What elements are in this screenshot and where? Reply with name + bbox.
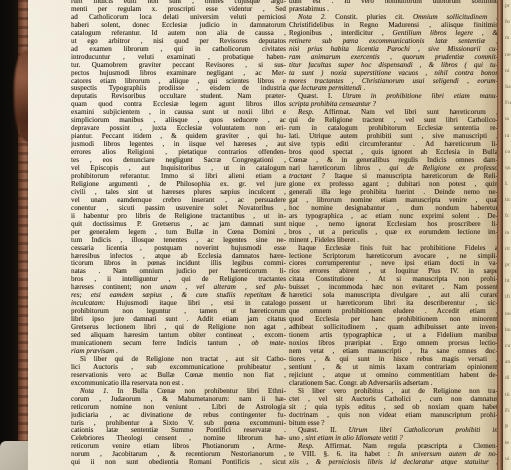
italic-text-segment: res; etsi eamdem sæpius , & cum studiis … — [71, 292, 286, 299]
text-segment: In Bulla Cœnæ non prohibentur libri Ethn… — [108, 388, 286, 395]
text-line: possent ut hæreticorum libri ita describ… — [289, 300, 498, 308]
text-segment: quit doctissimus P. Gretserus , ac jam d… — [71, 221, 286, 228]
text-segment: jusmodi libros legentes , in iisque vel … — [71, 141, 286, 148]
text-line: titur facultas super hoc dispensandi , &… — [289, 62, 498, 70]
text-segment: sit ; quia typis editus , sed ob noxiam … — [289, 404, 498, 411]
text-segment: ctet , vel sit Auctoris Catholici , cum … — [289, 396, 498, 403]
text-line: doctrinam , quis non videat etiam manusc… — [289, 412, 498, 420]
edge-text-fragment: an — [503, 358, 511, 374]
text-segment: natas . Nam omnium judicio per hæreticor… — [71, 268, 286, 275]
text-line: Celebriores Theologi censent , nomine li… — [71, 435, 286, 443]
text-line: cationis latæ sententiæ Summo Pontifici … — [71, 427, 286, 435]
text-segment: haberi solent, donec Ecclesiæ judicio in… — [71, 22, 286, 29]
text-line: præstabimus . — [289, 6, 498, 14]
text-segment: catores etiam librorum , aliique , qui s… — [71, 78, 286, 85]
edge-text-fragment: no — [503, 310, 511, 326]
text-line: Regionibus , interdicitur , Gentilium li… — [289, 30, 498, 38]
text-line: que lecturam permittendi . — [289, 85, 498, 93]
text-line: bros quod spectat , quis ignoret ab Eccl… — [289, 149, 498, 157]
text-line: sentiunt , & ut nimis laxam contrariam o… — [289, 364, 498, 372]
italic-text-segment: Utrum in prohibitione libri etiam manu- — [342, 93, 498, 100]
text-line: civili , tales sint ut hæreses plures sæ… — [71, 189, 286, 197]
adjacent-page-sliver: prfumræniSaFutaracoquI.ticfcinritprlitif… — [503, 0, 511, 470]
text-segment: Quæst. II. — [298, 427, 349, 434]
text-line: sive typis editi circumferantur . Ad hær… — [289, 141, 498, 149]
text-segment: generali illa lege prohibita fuerint . D… — [289, 189, 498, 196]
text-line: lectione Scriptorum hæreticorum avocare … — [289, 253, 498, 261]
text-segment: ad examen librorum , qui in catholicorum… — [71, 46, 286, 53]
text-segment: qui ii non sunt obedientia Romani Pontif… — [71, 459, 286, 466]
text-line: cessaria licentia , postquam noverint hu… — [71, 245, 286, 253]
edge-text-fragment: co — [503, 148, 511, 164]
text-line: excommunicatio illa reservata non est . — [71, 380, 286, 388]
italic-text-segment: xiis , & perniciosis libris id declaratu… — [289, 459, 498, 466]
italic-text-segment: Resp. — [298, 109, 314, 116]
text-segment: pectos hujusmodi libros examinare neglig… — [71, 70, 286, 77]
text-line: inculcatam: Hujusmodi itaque libri , ets… — [71, 300, 286, 308]
text-segment: bros , ii intelliguntur , qui de Religio… — [71, 276, 286, 283]
text-segment: vel Episcopis , aut Inquisitoribus , ut … — [71, 165, 286, 172]
text-line: citata Constitutione . At si manuscripta… — [289, 276, 498, 284]
edge-text-fragment: ra — [503, 132, 511, 148]
edge-text-fragment: ui — [503, 455, 511, 470]
text-line: sit ; quia typis editus , sed ob noxiam … — [289, 404, 498, 412]
text-line: natas . Nam omnium judicio per hæreticor… — [71, 268, 286, 276]
text-segment: depravare possint , juxta Ecclesiæ volun… — [71, 125, 286, 132]
text-segment: possent ut hæreticorum libri ita describ… — [289, 300, 498, 307]
text-line: uno , sint etiam in alio Idiomate vetiti… — [289, 435, 498, 443]
text-line: scripta prohibita censeantur ? — [289, 101, 498, 109]
text-line: rum in catalogum prohibitorum Ecclesiæ s… — [289, 125, 498, 133]
italic-text-segment: titur facultas super hoc dispensandi , &… — [289, 62, 498, 69]
edge-text-fragment: Fu — [503, 99, 511, 115]
edge-text-fragment: pr — [503, 261, 511, 277]
text-line: bitum esse ? — [289, 420, 498, 428]
text-segment: præstabimus . — [289, 6, 329, 13]
text-segment: ii habentur pro libris de Religione trac… — [71, 213, 286, 220]
text-segment: nem vetat , etiam manuscripti , Ita sane… — [289, 348, 498, 355]
text-line: haberi solent, donec Ecclesiæ judicio in… — [71, 22, 286, 30]
text-line: menti per regulam x. proscripti esse vid… — [71, 6, 286, 14]
text-segment: rejiciunt , atque ut omnino commentitiam… — [289, 372, 498, 379]
text-line: Si liber qui de Religione non tractat , … — [71, 356, 286, 364]
text-segment: reticorum venire etiam libros Photianoru… — [71, 443, 286, 450]
text-segment: nari hæreticorum libros , — [289, 165, 389, 172]
text-segment: hæresibus infectos , atque ab Ecclesia d… — [71, 253, 286, 260]
text-line: te VIII. §. 6. ita habet : In universum … — [289, 451, 498, 459]
edge-text-fragment: bu — [503, 326, 511, 342]
text-segment: errores alios Religioni , pietatique con… — [71, 149, 286, 156]
text-line: reservationis vero ac Bullæ Cœnæ mentio … — [71, 372, 286, 380]
text-segment: suspectis Typographiis prodiisse , eisde… — [71, 85, 286, 92]
text-line: tionem artis typographicæ , ut a Fideliu… — [289, 332, 498, 340]
text-segment: doctrinam , quis non videat etiam manusc… — [289, 412, 498, 419]
italic-text-segment: retinere sub pœna excommunicationis latæ… — [289, 38, 498, 45]
text-line: hæretici sola manuscripta divulgare , au… — [289, 292, 498, 300]
text-line: ticorum libros in pœnas incidunt illis l… — [71, 260, 286, 268]
text-line: gat , librorum nomine etiam manuscripta … — [289, 197, 498, 205]
edge-text-fragment: tii — [503, 391, 511, 407]
text-segment: tum Indicis , illosque tenentes , ac leg… — [71, 237, 286, 244]
text-segment: nique , nemo ignorat Ecclesiam hos prosc… — [289, 221, 498, 228]
text-segment: lici Auctoris , sub excommunicatione pro… — [71, 364, 286, 371]
text-segment: lectione Scriptorum hæreticorum avocare … — [289, 253, 498, 260]
italic-text-segment: mores tractantes , Christianorum usui se… — [289, 78, 498, 85]
text-segment: Christifidelibus in Regno Madurensi , al… — [289, 22, 498, 29]
text-segment: piantur. Peccant itidem , & quidem gravi… — [71, 133, 286, 140]
text-line: pectos hujusmodi libros examinare neglig… — [71, 70, 286, 78]
italic-text-segment: Utrum libri Catholicorum prohibiti in — [349, 427, 498, 434]
text-line: ii habentur pro libris de Religione trac… — [71, 213, 286, 221]
text-line: judiciaria , ac divinatione de rebus con… — [71, 412, 286, 420]
italic-text-segment: scripta prohibita censeantur ? — [289, 101, 376, 108]
text-line: catalogum referantur. Id autem non alia … — [71, 30, 286, 38]
text-segment: reticorum nomine non veniunt . Libri de … — [71, 404, 286, 411]
text-line: Nota 2. Constit. pluries cit. Omnium sol… — [289, 14, 498, 22]
text-line: prohibitorum referantur. Immo si libri a… — [71, 173, 286, 181]
text-line: ars typographica , ac etiam nunc exprimi… — [289, 213, 498, 221]
text-line: minent , Fideles liberet . — [289, 237, 498, 245]
edge-text-fragment: I. — [503, 180, 511, 196]
text-line: ad examen librorum , qui in catholicorum… — [71, 46, 286, 54]
text-segment: introducuntur , veluti examinati , proba… — [71, 54, 286, 61]
text-line: noxios libros præripiat . Ergo omnem pro… — [289, 340, 498, 348]
text-line: quit doctissimus P. Gretserus , ac jam d… — [71, 221, 286, 229]
text-line: tractant ? Itaque si manuscripta hæretic… — [289, 173, 498, 181]
edge-text-fragment: Fi — [503, 407, 511, 423]
text-line: nique , nemo ignorat Ecclesiam hos prosc… — [289, 221, 498, 229]
text-line: buisset , incommoda hæc non evitaret . N… — [289, 284, 498, 292]
italic-text-segment: Resp. — [298, 443, 314, 450]
italic-text-segment: qui de Religione ex professo — [389, 165, 498, 172]
text-line: Nota 1. In Bulla Cœnæ non prohibentur li… — [71, 388, 286, 396]
edge-text-fragment: m — [503, 34, 511, 50]
text-line: tiores , & qui sunt in hisce rebus magis… — [289, 356, 498, 364]
text-segment: per generalem legem , tum Bullæ in Cœna … — [71, 229, 286, 236]
text-segment: ars typographica , ac etiam nunc exprimi… — [289, 213, 498, 220]
text-line: nisi prius habita licentia Parochi , siv… — [289, 46, 498, 54]
text-column-left: rum Indicis editi non sunt , omnes cujus… — [71, 0, 286, 467]
text-segment: hoc nomine designabantur , dum nondum ha… — [289, 205, 498, 212]
text-line: generali illa lege prohibita fuerint . D… — [289, 189, 498, 197]
edge-text-fragment: ræ — [503, 51, 511, 67]
text-line: simpliciorum manibus , aliisque , quos s… — [71, 117, 286, 125]
text-segment: dum est . Id vero nonnullorum dubiorum s… — [289, 0, 498, 5]
text-line: lati. Utrique autem prohibiti sunt , siv… — [289, 133, 498, 141]
text-line: introducuntur , veluti examinati , proba… — [71, 54, 286, 62]
text-line: deputatis Revisoribus occultare student.… — [71, 93, 286, 101]
italic-text-segment: Omnium sollicitudinem , — [413, 14, 498, 21]
text-segment: Constit. pluries cit. — [326, 14, 413, 21]
text-segment: simpliciorum manibus , aliisque , quos s… — [71, 117, 286, 124]
edge-text-fragment: ni — [503, 67, 511, 83]
text-line: norum , Jacobitarum , & recentiorum Nest… — [71, 451, 286, 459]
text-segment: deputatis Revisoribus occultare student.… — [71, 93, 286, 100]
text-segment: sentiunt , & ut nimis laxam contrariam o… — [289, 364, 498, 371]
text-segment: catalogum referantur. Id autem non alia … — [71, 30, 286, 37]
text-line: ram animarum exercentis , quorum prudent… — [289, 54, 498, 62]
text-line: conentur , sicuti passim usuvenire solet… — [71, 205, 286, 213]
text-line: ctet , vel sit Auctoris Catholici , cum … — [289, 396, 498, 404]
edge-text-fragment: te — [503, 439, 511, 455]
text-segment: bros , ut a periculis , quæ ex eorumdem … — [289, 229, 498, 236]
text-segment: quod Ecclesia per hanc prohibitionem non… — [289, 316, 498, 323]
edge-text-fragment: in — [503, 229, 511, 245]
text-segment: reservationis vero ac Bullæ Cœnæ mentio … — [71, 372, 286, 379]
text-line: hæreses continent; non unam , vel altera… — [71, 284, 286, 292]
edge-text-fragment: lit — [503, 277, 511, 293]
text-segment: excommunicatio illa reservata non est . — [71, 380, 184, 387]
edge-text-fragment: pr — [503, 2, 511, 18]
page-paper: rum Indicis editi non sunt , omnes cujus… — [28, 0, 497, 470]
edge-text-fragment: rit — [503, 245, 511, 261]
text-segment: adhibeat sollicitudinem , quam adhibuiss… — [289, 324, 498, 331]
text-segment: sive typis editi circumferantur . Ad hær… — [289, 141, 498, 148]
text-segment: judiciaria , ac divinatione de rebus con… — [71, 412, 286, 419]
text-segment: Si liber vero prohibitus , aut de Religi… — [298, 388, 498, 395]
text-line: nem vetat , etiam manuscripti , Ita sane… — [289, 348, 498, 356]
text-line: tur. Quamobrem graviter peccant Revisore… — [71, 62, 286, 70]
text-segment: turis , prohibentur a Sixto V. sub pœna … — [71, 420, 286, 427]
text-segment: Hujusmodi itaque libri , etsi in catalog… — [105, 300, 286, 307]
edge-text-fragment: P — [503, 423, 511, 439]
text-segment: cessaria licentia , postquam noverint hu… — [71, 245, 286, 252]
italic-text-segment: In universum autem de no- — [398, 451, 498, 458]
text-segment: buisset , incommoda hæc non evitaret . N… — [289, 284, 498, 291]
text-line: que omnem prohibitionem eludere . Accedi… — [289, 308, 498, 316]
text-segment: lati. Utrique autem prohibiti sunt , siv… — [289, 133, 498, 140]
text-segment: bitum esse ? — [289, 420, 325, 427]
text-line: mores tractantes , Christianorum usui se… — [289, 78, 498, 86]
text-segment: que omnem prohibitionem eludere . Accedi… — [289, 308, 498, 315]
text-segment: cationis latæ sententiæ Summo Pontifici … — [71, 427, 286, 434]
text-line: ciores corrumperentur , neve ipsi etiam … — [289, 260, 498, 268]
text-line: rejiciunt , atque ut omnino commentitiam… — [289, 372, 498, 380]
text-line: Cœnæ , & in generalibus regulis Indicis … — [289, 157, 498, 165]
text-line: turis , prohibentur a Sixto V. sub pœna … — [71, 420, 286, 428]
text-line: bros , ut a periculis , quæ ex eorumdem … — [289, 229, 498, 237]
text-segment: Itaque si manuscripta hæreticorum de Rel… — [325, 173, 498, 180]
page-corner-patch — [0, 441, 31, 470]
text-segment: ad Catholicorum loca delati universim ve… — [71, 14, 286, 21]
italic-text-segment: Nota 1. — [80, 388, 108, 395]
text-line: Quæst. I. Utrum in prohibitione libri et… — [289, 93, 498, 101]
text-line: Si liber vero prohibitus , aut de Religi… — [289, 388, 498, 396]
text-line: libri ipso jure damnati sunt . Addit eti… — [71, 316, 286, 324]
text-line: Gretserus lectionem libri , qui de Relig… — [71, 324, 286, 332]
italic-text-segment: que lecturam permittendi . — [289, 85, 365, 92]
text-segment: prohibitorum non leguntur , tamen ut hær… — [71, 308, 286, 315]
text-line: qui ii non sunt obedientia Romani Pontif… — [71, 459, 286, 467]
text-segment: norum , Jacobitarum , & recentiorum Nest… — [71, 451, 286, 458]
text-line: Resp. Affirmat. Nam regula præscripta a … — [289, 443, 498, 451]
text-segment: Affirmat. Nam regula præscripta a Clemen… — [314, 443, 498, 450]
italic-text-segment: ob mate- — [251, 340, 286, 347]
text-line: sed aliquam hæresim tantum obiter contin… — [71, 332, 286, 340]
text-segment: Religione argumenti , de Philosophia ex.… — [71, 181, 286, 188]
text-segment: tes , eos denunciare negligunt Sacræ Con… — [71, 157, 286, 164]
text-line: catores etiam librorum , aliique , qui s… — [71, 78, 286, 86]
text-line: corum , Judæorum , & Mahumetanorum: nam … — [71, 396, 286, 404]
text-segment: minent , Fideles liberet . — [289, 237, 359, 244]
text-segment: ciores corrumperentur , neve ipsi etiam … — [289, 260, 498, 267]
text-segment: conentur , sicuti passim usuvenire solet… — [71, 205, 286, 212]
italic-text-segment: uno , sint etiam in alio Idiomate vetiti… — [289, 435, 403, 442]
text-line: Religione argumenti , de Philosophia ex.… — [71, 181, 286, 189]
text-line: rios errores abirent , ut loquitur Pius … — [289, 268, 498, 276]
text-line: Resp. Affirmat. Nam vel libri sunt hæret… — [289, 109, 498, 117]
text-segment: Itaque Ecclesiæ finis fuit hac prohibiti… — [298, 245, 498, 252]
italic-text-segment: Gentilium libros legere , & — [393, 30, 499, 37]
text-segment: tiores , & qui sunt in hisce rebus magis… — [289, 356, 498, 363]
italic-text-segment: Nota 2. — [298, 14, 326, 21]
text-segment: Celebriores Theologi censent , nomine li… — [71, 435, 286, 442]
text-line: hæresibus infectos , atque ab Ecclesia d… — [71, 253, 286, 261]
edge-text-fragment: di — [503, 374, 511, 390]
text-line: quod Ecclesia per hanc prohibitionem non… — [289, 316, 498, 324]
text-segment: corum , Judæorum , & Mahumetanorum: nam … — [71, 396, 286, 403]
text-segment: vel unam eamdemque crebro inserant , ac … — [71, 197, 286, 204]
text-segment: prohibitorum referantur. Immo si libri a… — [71, 173, 286, 180]
text-segment: quam quod contra Ecclesiæ legem agunt li… — [71, 101, 286, 108]
text-segment: Quæst. I. — [298, 93, 342, 100]
text-line: suspectis Typographiis prodiisse , eisde… — [71, 85, 286, 93]
text-segment: Affirmat. Nam vel libri sunt hæreticorum… — [314, 109, 498, 116]
italic-text-segment: tractant ? — [289, 173, 325, 180]
text-segment: ticorum libros in pœnas incidunt illis l… — [71, 260, 286, 267]
text-line: bros , ii intelliguntur , qui de Religio… — [71, 276, 286, 284]
italic-text-segment: ram animarum exercentis , quorum prudent… — [289, 54, 498, 61]
text-segment: hæretici sola manuscripta divulgare , au… — [289, 292, 498, 299]
text-line: jusmodi libros legentes , in iisque vel … — [71, 141, 286, 149]
text-segment: noxios libros præripiat . Ergo omnem pro… — [289, 340, 498, 347]
text-line: adhibeat sollicitudinem , quam adhibuiss… — [289, 324, 498, 332]
text-line: tes , eos denunciare negligunt Sacræ Con… — [71, 157, 286, 165]
text-line: ut ego arbitror , nisi quod per Revisore… — [71, 38, 286, 46]
text-segment: examini subjicientem , in caussa sunt ut… — [71, 109, 286, 116]
italic-text-segment: non unam , vel alteram , sed plu- — [141, 284, 286, 291]
text-segment: citata Constitutione . At si manuscripta… — [289, 276, 498, 283]
text-line: res; etsi eamdem sæpius , & cum studiis … — [71, 292, 286, 300]
text-segment: Gretserus lectionem libri , qui de Relig… — [71, 324, 286, 331]
text-line: clarationem Sac. Congr. ab Adversariis a… — [289, 380, 498, 388]
text-line: vel unam eamdemque crebro inserant , ac … — [71, 197, 286, 205]
text-segment: rios errores abirent , ut loquitur Pius … — [289, 268, 498, 275]
text-segment: qui de Religione tractent , vel sunt lib… — [289, 117, 498, 124]
text-line: qui de Religione tractent , vel sunt lib… — [289, 117, 498, 125]
text-segment: sed aliquam hæresim tantum obiter contin… — [71, 332, 286, 339]
edge-text-fragment: Sa — [503, 83, 511, 99]
text-line: Christifidelibus in Regno Madurensi , al… — [289, 22, 498, 30]
text-line: tum Indicis , illosque tenentes , ac leg… — [71, 237, 286, 245]
book-page-scan: rum Indicis editi non sunt , omnes cujus… — [0, 0, 511, 470]
text-segment: gat , librorum nomine etiam manuscripta … — [289, 197, 498, 204]
text-segment: municationem secum ferre Indicis tantum … — [71, 340, 251, 347]
text-segment: Regionibus , interdicitur , — [289, 30, 393, 37]
text-segment: bros quod spectat , quis ignoret ab Eccl… — [289, 149, 498, 156]
text-line: ad Catholicorum loca delati universim ve… — [71, 14, 286, 22]
text-segment: rum Indicis editi non sunt , omnes cujus… — [71, 0, 286, 5]
text-line: riam prævisam . — [71, 348, 286, 356]
text-line: lici Auctoris , sub excommunicatione pro… — [71, 364, 286, 372]
text-line: nari hæreticorum libros , qui de Religio… — [289, 165, 498, 173]
text-segment: hæreses continent; — [71, 284, 141, 291]
edge-text-fragment: fc — [503, 212, 511, 228]
text-line: errores alios Religioni , pietatique con… — [71, 149, 286, 157]
text-line: examini subjicientem , in caussa sunt ut… — [71, 109, 286, 117]
edge-text-fragment: ifi — [503, 293, 511, 309]
text-segment: rum in catalogum prohibitorum Ecclesiæ s… — [289, 125, 498, 132]
text-segment: gione ex professo agant ; dubitari non p… — [289, 181, 498, 188]
text-line: piantur. Peccant itidem , & quidem gravi… — [71, 133, 286, 141]
text-line: depravare possint , juxta Ecclesiæ volun… — [71, 125, 286, 133]
edge-text-fragment: cu — [503, 342, 511, 358]
text-line: xiis , & perniciosis libris id declaratu… — [289, 459, 498, 467]
text-line: gione ex professo agant ; dubitari non p… — [289, 181, 498, 189]
text-column-right: dum est . Id vero nonnullorum dubiorum s… — [289, 0, 498, 467]
text-segment: clarationem Sac. Congr. ab Adversariis a… — [289, 380, 433, 387]
text-line: per generalem legem , tum Bullæ in Cœna … — [71, 229, 286, 237]
italic-text-segment: nisi prius habita licentia Parochi , siv… — [289, 46, 498, 53]
text-line: Itaque Ecclesiæ finis fuit hac prohibiti… — [289, 245, 498, 253]
text-line: ta sunt ) noxia superstitione vacuos , n… — [289, 70, 498, 78]
text-line: reticorum venire etiam libros Photianoru… — [71, 443, 286, 451]
text-segment: civili , tales sint ut hæreses plures sæ… — [71, 189, 286, 196]
text-line: hoc nomine designabantur , dum nondum ha… — [289, 205, 498, 213]
text-segment: Cœnæ , & in generalibus regulis Indicis … — [289, 157, 498, 164]
italic-text-segment: riam prævisam . — [71, 348, 118, 355]
edge-text-fragment: ta — [503, 115, 511, 131]
text-line: vel Episcopis , aut Inquisitoribus , ut … — [71, 165, 286, 173]
text-line: reticorum nomine non veniunt . Libri de … — [71, 404, 286, 412]
text-segment: Si liber qui de Religione non tractat , … — [80, 356, 286, 363]
text-line: municationem secum ferre Indicis tantum … — [71, 340, 286, 348]
text-segment: tur. Quamobrem graviter peccant Revisore… — [71, 62, 286, 69]
text-segment: libri ipso jure damnati sunt . Addit eti… — [71, 316, 286, 323]
text-line: retinere sub pœna excommunicationis latæ… — [289, 38, 498, 46]
italic-text-segment: ta sunt ) noxia superstitione vacuos , n… — [289, 70, 498, 77]
text-line: quam quod contra Ecclesiæ legem agunt li… — [71, 101, 286, 109]
text-segment: tionem artis typographicæ , ut a Fideliu… — [289, 332, 498, 339]
edge-text-fragment: fu — [503, 18, 511, 34]
italic-text-segment: inculcatam: — [71, 300, 105, 307]
text-line: Quæst. II. Utrum libri Catholicorum proh… — [289, 427, 498, 435]
text-segment: te VIII. §. 6. ita habet : — [289, 451, 398, 458]
text-line: prohibitorum non leguntur , tamen ut hær… — [71, 308, 286, 316]
text-segment: ut ego arbitror , nisi quod per Revisore… — [71, 38, 286, 45]
edge-text-fragment: tic — [503, 196, 511, 212]
text-segment: menti per regulam x. proscripti esse vid… — [71, 6, 286, 13]
edge-text-fragment: qu — [503, 164, 511, 180]
